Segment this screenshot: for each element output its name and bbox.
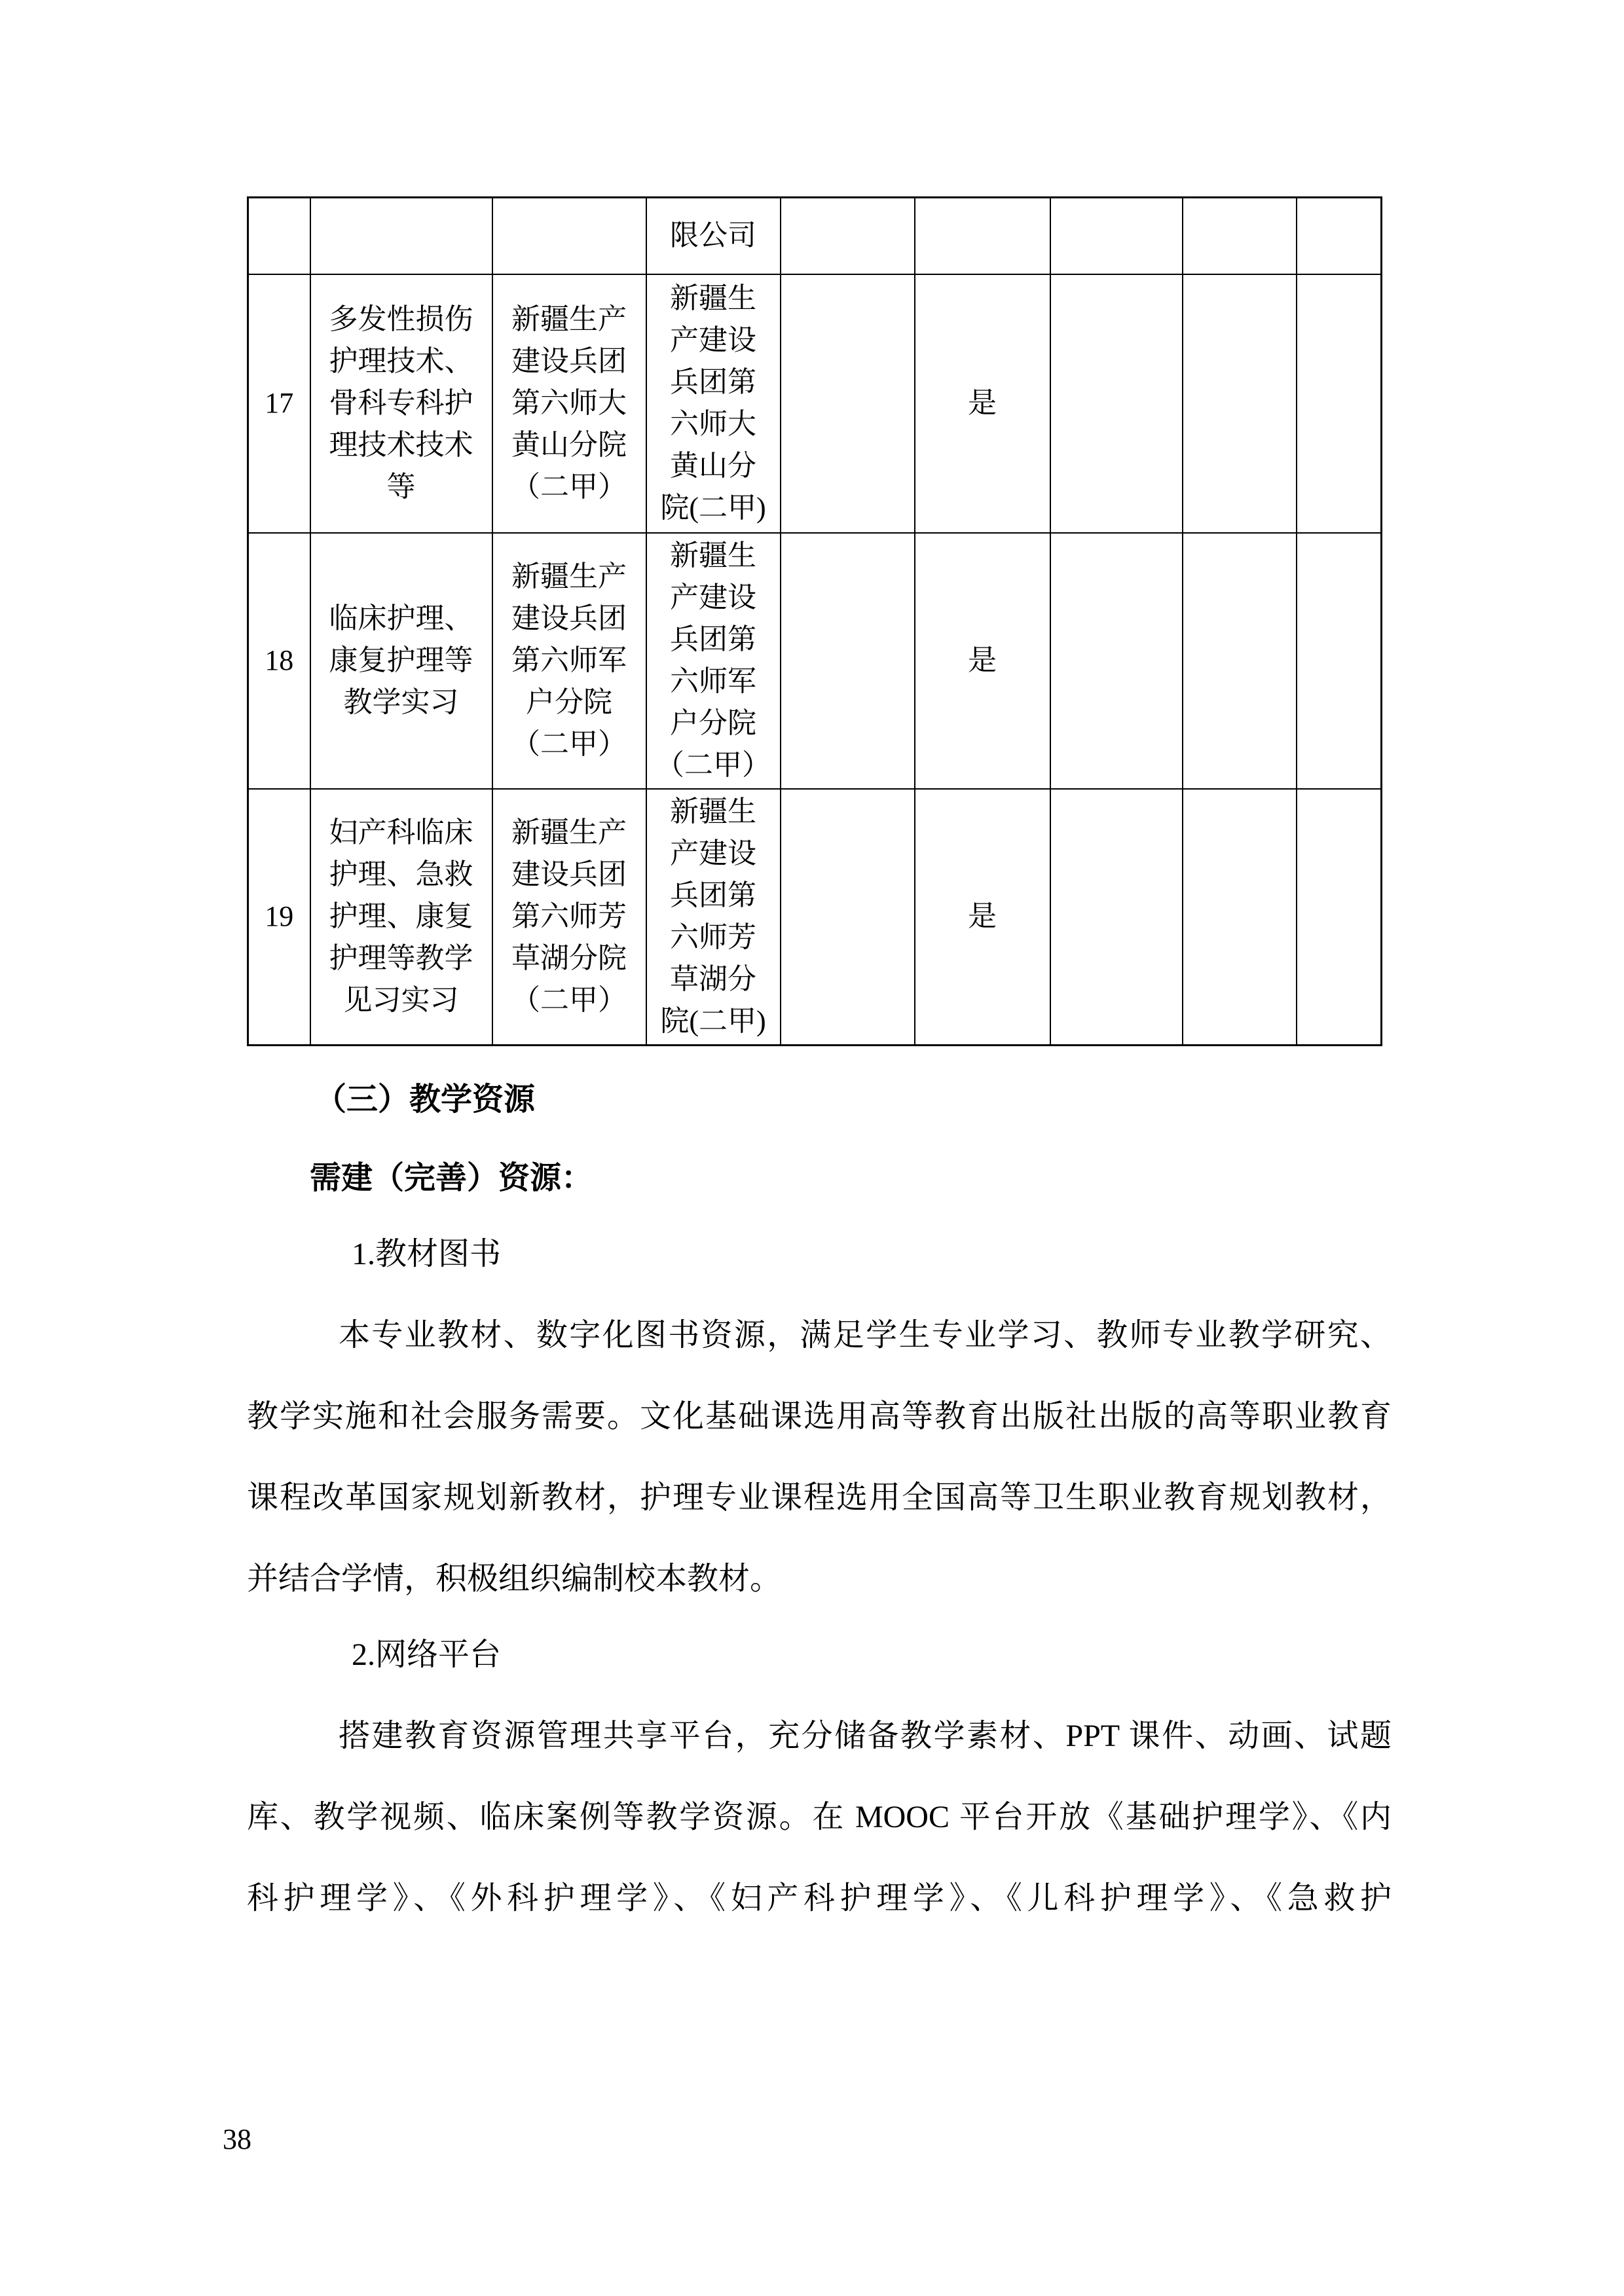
cell-hospital-1: 新疆生产 建设兵团 第六师军 户分院 （二甲） xyxy=(492,533,646,789)
cell-confirm xyxy=(915,198,1050,274)
cell-content: 多发性损伤 护理技术、 骨科专科护 理技术技术 等 xyxy=(310,274,492,533)
cell-empty xyxy=(1183,789,1297,1046)
cell-confirm: 是 xyxy=(915,274,1050,533)
cell-hospital-2: 新疆生 产建设 兵团第 六师芳 草湖分 院(二甲) xyxy=(646,789,781,1046)
cell-empty xyxy=(1297,789,1382,1046)
cell-no: 19 xyxy=(248,789,310,1046)
cell-empty xyxy=(1050,789,1183,1046)
cell-empty xyxy=(781,198,915,274)
page-number: 38 xyxy=(223,2099,251,2180)
paragraph-1-line: 并结合学情，积极组织编制校本教材。 xyxy=(247,1539,1392,1620)
practicum-hospital-table: 限公司 17 多发性损伤 护理技术、 骨科专科护 理技术技术 等 新疆生产 建设… xyxy=(247,196,1382,1046)
numbered-item-2: 2.网络平台 xyxy=(247,1614,1392,1696)
cell-empty xyxy=(1297,198,1382,274)
numbered-item-1: 1.教材图书 xyxy=(247,1214,1392,1295)
cell-confirm: 是 xyxy=(915,789,1050,1046)
cell-no: 17 xyxy=(248,274,310,533)
paragraph-1-line: 教学实施和社会服务需要。文化基础课选用高等教育出版社出版的高等职业教育 xyxy=(247,1376,1392,1457)
cell-empty xyxy=(781,789,915,1046)
cell-empty xyxy=(1297,533,1382,789)
table-row-continued: 限公司 xyxy=(248,198,1382,274)
cell-empty xyxy=(1183,274,1297,533)
cell-empty xyxy=(781,274,915,533)
paragraph-1-line: 课程改革国家规划新教材，护理专业课程选用全国高等卫生职业教育规划教材， xyxy=(247,1457,1392,1539)
section-content: （三）教学资源 需建（完善）资源： 1.教材图书 本专业教材、数字化图书资源，满… xyxy=(247,1059,1392,1939)
cell-empty xyxy=(1297,274,1382,533)
table-row: 18 临床护理、 康复护理等 教学实习 新疆生产 建设兵团 第六师军 户分院 （… xyxy=(248,533,1382,789)
paragraph-2-line: 科护理学》、《外科护理学》、《妇产科护理学》、《儿科护理学》、《急救护 xyxy=(247,1858,1392,1939)
cell-hospital-1: 新疆生产 建设兵团 第六师芳 草湖分院 （二甲） xyxy=(492,789,646,1046)
cell-hospital-1: 新疆生产 建设兵团 第六师大 黄山分院 （二甲） xyxy=(492,274,646,533)
cell-empty xyxy=(1183,198,1297,274)
cell-empty xyxy=(1183,533,1297,789)
cell-confirm: 是 xyxy=(915,533,1050,789)
cell-empty xyxy=(1050,274,1183,533)
document-page: 限公司 17 多发性损伤 护理技术、 骨科专科护 理技术技术 等 新疆生产 建设… xyxy=(0,0,1624,2296)
cell-hospital-2: 新疆生 产建设 兵团第 六师大 黄山分 院(二甲) xyxy=(646,274,781,533)
cell-content: 临床护理、 康复护理等 教学实习 xyxy=(310,533,492,789)
subsection-heading: 需建（完善）资源： xyxy=(247,1138,1392,1219)
paragraph-2-line: 库、教学视频、临床案例等教学资源。在 MOOC 平台开放《基础护理学》、《内 xyxy=(247,1777,1392,1858)
cell-hospital-2: 新疆生 产建设 兵团第 六师军 户分院 （二甲） xyxy=(646,533,781,789)
table-row: 17 多发性损伤 护理技术、 骨科专科护 理技术技术 等 新疆生产 建设兵团 第… xyxy=(248,274,1382,533)
paragraph-2-line: 搭建教育资源管理共享平台，充分储备教学素材、PPT 课件、动画、试题 xyxy=(247,1696,1392,1777)
section-heading: （三）教学资源 xyxy=(247,1059,1392,1140)
cell-content xyxy=(310,198,492,274)
cell-empty xyxy=(781,533,915,789)
cell-no: 18 xyxy=(248,533,310,789)
cell-content: 妇产科临床 护理、急救 护理、康复 护理等教学 见习实习 xyxy=(310,789,492,1046)
cell-empty xyxy=(1050,533,1183,789)
paragraph-1-line: 本专业教材、数字化图书资源，满足学生专业学习、教师专业教学研究、 xyxy=(247,1295,1392,1376)
cell-empty xyxy=(1050,198,1183,274)
table-row: 19 妇产科临床 护理、急救 护理、康复 护理等教学 见习实习 新疆生产 建设兵… xyxy=(248,789,1382,1046)
cell-no xyxy=(248,198,310,274)
cell-hospital-2: 限公司 xyxy=(646,198,781,274)
cell-hospital-1 xyxy=(492,198,646,274)
